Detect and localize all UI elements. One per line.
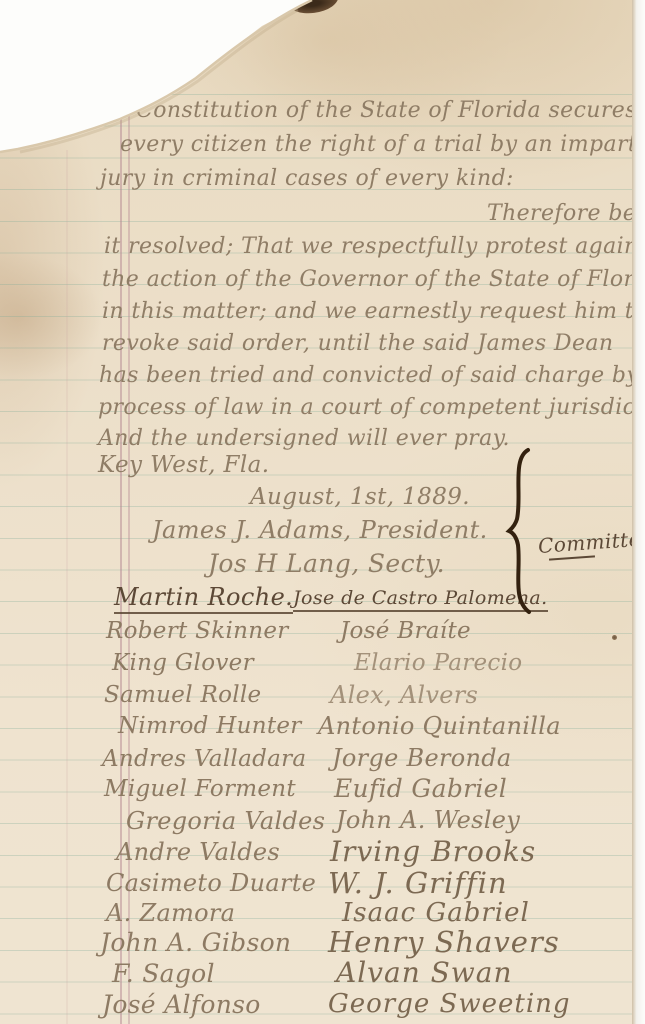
manuscript-line: the action of the Governor of the State … bbox=[102, 267, 645, 292]
ink-speck bbox=[612, 635, 617, 640]
signature: Isaac Gabriel bbox=[342, 898, 530, 928]
signature: Nimrod Hunter bbox=[118, 713, 302, 739]
scanner-background-strip bbox=[632, 0, 645, 1024]
signature: John A. Gibson bbox=[100, 928, 291, 957]
manuscript-line: in this matter; and we earnestly request… bbox=[102, 299, 645, 324]
signature: Elario Parecio bbox=[354, 650, 522, 676]
manuscript-line: revoke said order, until the said James … bbox=[102, 331, 613, 356]
manuscript-line: it resolved; That we respectfully protes… bbox=[104, 234, 645, 259]
signature: Alvan Swan bbox=[336, 956, 513, 989]
committee-secretary-signature: Jos H Lang, Secty. bbox=[208, 549, 445, 578]
signature: Irving Brooks bbox=[330, 835, 536, 868]
committee-member-signature: Martin Roche. bbox=[114, 583, 293, 614]
signature: King Glover bbox=[112, 650, 254, 676]
signature: Robert Skinner bbox=[106, 618, 289, 644]
signature: A. Zamora bbox=[106, 899, 235, 927]
signature: Henry Shavers bbox=[328, 925, 560, 959]
date-line: August, 1st, 1889. bbox=[250, 484, 470, 510]
faint-secondary-margin-line bbox=[66, 150, 68, 1024]
committee-president-signature: James J. Adams, President. bbox=[152, 516, 488, 544]
manuscript-line: Therefore be bbox=[487, 201, 636, 226]
signature: Andre Valdes bbox=[116, 838, 280, 866]
signature: F. Sagol bbox=[112, 959, 215, 988]
scanned-document-page: Constitution of the State of Florida sec… bbox=[0, 0, 645, 1024]
signature: Casimeto Duarte bbox=[106, 869, 316, 897]
signature: George Sweeting bbox=[328, 989, 571, 1019]
signature: Jorge Beronda bbox=[332, 744, 512, 772]
signature: José Braíte bbox=[340, 618, 471, 644]
signature: John A. Wesley bbox=[336, 806, 520, 834]
signature: Antonio Quintanilla bbox=[318, 712, 561, 740]
signature: Samuel Rolle bbox=[104, 682, 261, 708]
manuscript-line: process of law in a court of competent j… bbox=[98, 395, 645, 420]
signature: Miguel Forment bbox=[104, 776, 296, 802]
signature: Gregoria Valdes bbox=[126, 807, 325, 835]
signature: José Alfonso bbox=[102, 990, 261, 1019]
signature: Alex, Alvers bbox=[330, 681, 478, 709]
manuscript-line: has been tried and convicted of said cha… bbox=[99, 363, 645, 388]
signature: W. J. Griffin bbox=[328, 866, 508, 900]
manuscript-line: jury in criminal cases of every kind: bbox=[100, 166, 514, 191]
place-line: Key West, Fla. bbox=[98, 452, 269, 478]
manuscript-line: And the undersigned will ever pray. bbox=[98, 426, 510, 451]
signature: Eufid Gabriel bbox=[334, 774, 507, 803]
torn-corner bbox=[0, 0, 330, 160]
signature: Andres Valladara bbox=[102, 746, 306, 772]
committee-brace bbox=[504, 447, 536, 615]
